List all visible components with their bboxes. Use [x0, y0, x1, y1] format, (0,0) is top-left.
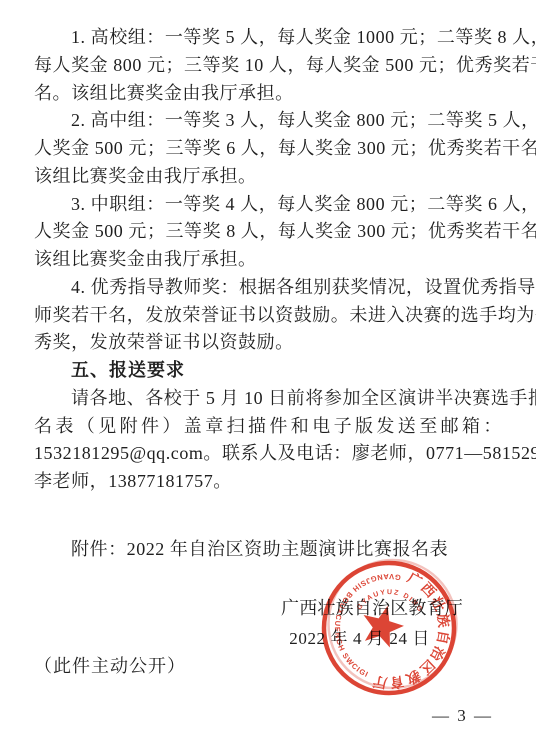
body-line: 4. 优秀指导教师奖：根据各组别获奖情况，设置优秀指导教 [34, 274, 504, 302]
body-line: 2. 高中组：一等奖 3 人，每人奖金 800 元；二等奖 5 人，每 [34, 107, 504, 135]
body-line: 人奖金 500 元；三等奖 6 人，每人奖金 300 元；优秀奖若干名。 [34, 135, 504, 163]
body-line: 人奖金 500 元；三等奖 8 人，每人奖金 300 元；优秀奖若干名。 [34, 218, 504, 246]
body-line: 名。该组比赛奖金由我厅承担。 [34, 80, 504, 108]
seal-ghost-ring [329, 560, 457, 688]
section-heading: 五、报送要求 [34, 357, 504, 385]
body-line: 名表（见附件）盖章扫描件和电子版发送至邮箱： [34, 413, 504, 441]
page-number: — 3 — [432, 705, 493, 727]
body-line: 李老师，13877181757。 [34, 468, 504, 496]
body-line: 3. 中职组：一等奖 4 人，每人奖金 800 元；二等奖 6 人，每 [34, 191, 504, 219]
body-line: 1. 高校组：一等奖 5 人，每人奖金 1000 元；二等奖 8 人， [34, 24, 504, 52]
body-line: 1532181295@qq.com。联系人及电话：廖老师，0771—581529… [34, 440, 504, 468]
body-line: 每人奖金 800 元；三等奖 10 人，每人奖金 500 元；优秀奖若干 [34, 52, 504, 80]
disclosure-note: （此件主动公开） [34, 654, 186, 678]
body-line: 该组比赛奖金由我厅承担。 [34, 246, 504, 274]
body-line: 该组比赛奖金由我厅承担。 [34, 163, 504, 191]
body-line: 秀奖，发放荣誉证书以资鼓励。 [34, 329, 504, 357]
body-line: 师奖若干名，发放荣誉证书以资鼓励。未进入决赛的选手均为优 [34, 302, 504, 330]
document-body: 1. 高校组：一等奖 5 人，每人奖金 1000 元；二等奖 8 人， 每人奖金… [34, 24, 504, 496]
signature-date: 2022 年 4 月 24 日 [289, 628, 430, 650]
document-page: 1. 高校组：一等奖 5 人，每人奖金 1000 元；二等奖 8 人， 每人奖金… [0, 0, 536, 747]
attachment-line: 附件：2022 年自治区资助主题演讲比赛报名表 [34, 537, 504, 561]
body-line: 请各地、各校于 5 月 10 日前将参加全区演讲半决赛选手报 [34, 385, 504, 413]
signature-organization: 广西壮族自治区教育厅 [281, 597, 463, 619]
